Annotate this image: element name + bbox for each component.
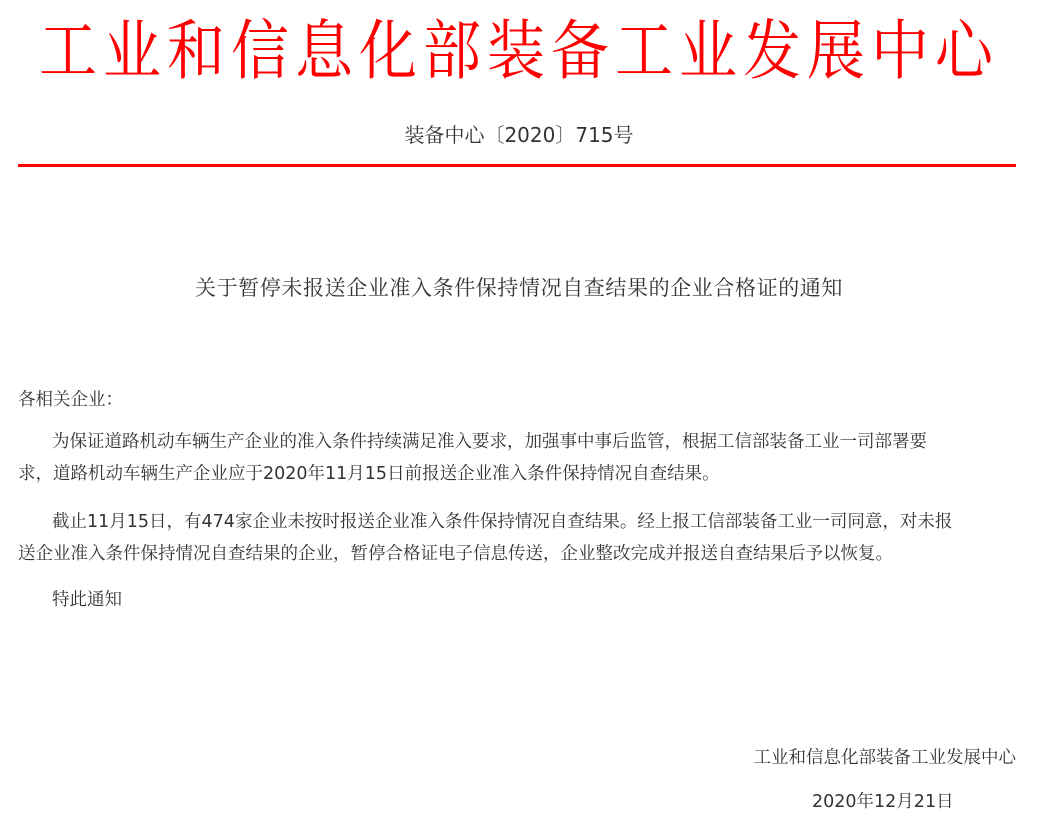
- issue-date: 2020年12月21日: [812, 786, 954, 818]
- paragraph-2-line-2: 送企业准入条件保持情况自查结果的企业，暂停合格证电子信息传送，企业整改完成并报送…: [18, 538, 1028, 570]
- closing-text: 特此通知: [18, 584, 1028, 616]
- paragraph-2-line-1: 截止11月15日，有474家企业未按时报送企业准入条件保持情况自查结果。经上报工…: [18, 506, 1028, 538]
- masthead-organization-name: 工业和信息化部装备工业发展中心: [0, 8, 1038, 93]
- closing: 特此通知: [18, 584, 1028, 616]
- paragraph-1: 为保证道路机动车辆生产企业的准入条件持续满足准入要求，加强事中事后监管，根据工信…: [18, 426, 1028, 490]
- notice-title: 关于暂停未报送企业准入条件保持情况自查结果的企业合格证的通知: [0, 272, 1038, 304]
- paragraph-1-line-1: 为保证道路机动车辆生产企业的准入条件持续满足准入要求，加强事中事后监管，根据工信…: [18, 426, 1028, 458]
- salutation: 各相关企业：: [18, 384, 1028, 416]
- salutation-text: 各相关企业：: [18, 384, 1028, 416]
- paragraph-1-line-2: 求，道路机动车辆生产企业应于2020年11月15日前报送企业准入条件保持情况自查…: [18, 458, 1028, 490]
- document-number: 装备中心〔2020〕715号: [0, 120, 1038, 150]
- signature-organization: 工业和信息化部装备工业发展中心: [754, 742, 1017, 774]
- paragraph-2: 截止11月15日，有474家企业未按时报送企业准入条件保持情况自查结果。经上报工…: [18, 506, 1028, 570]
- red-divider-rule: [18, 164, 1016, 167]
